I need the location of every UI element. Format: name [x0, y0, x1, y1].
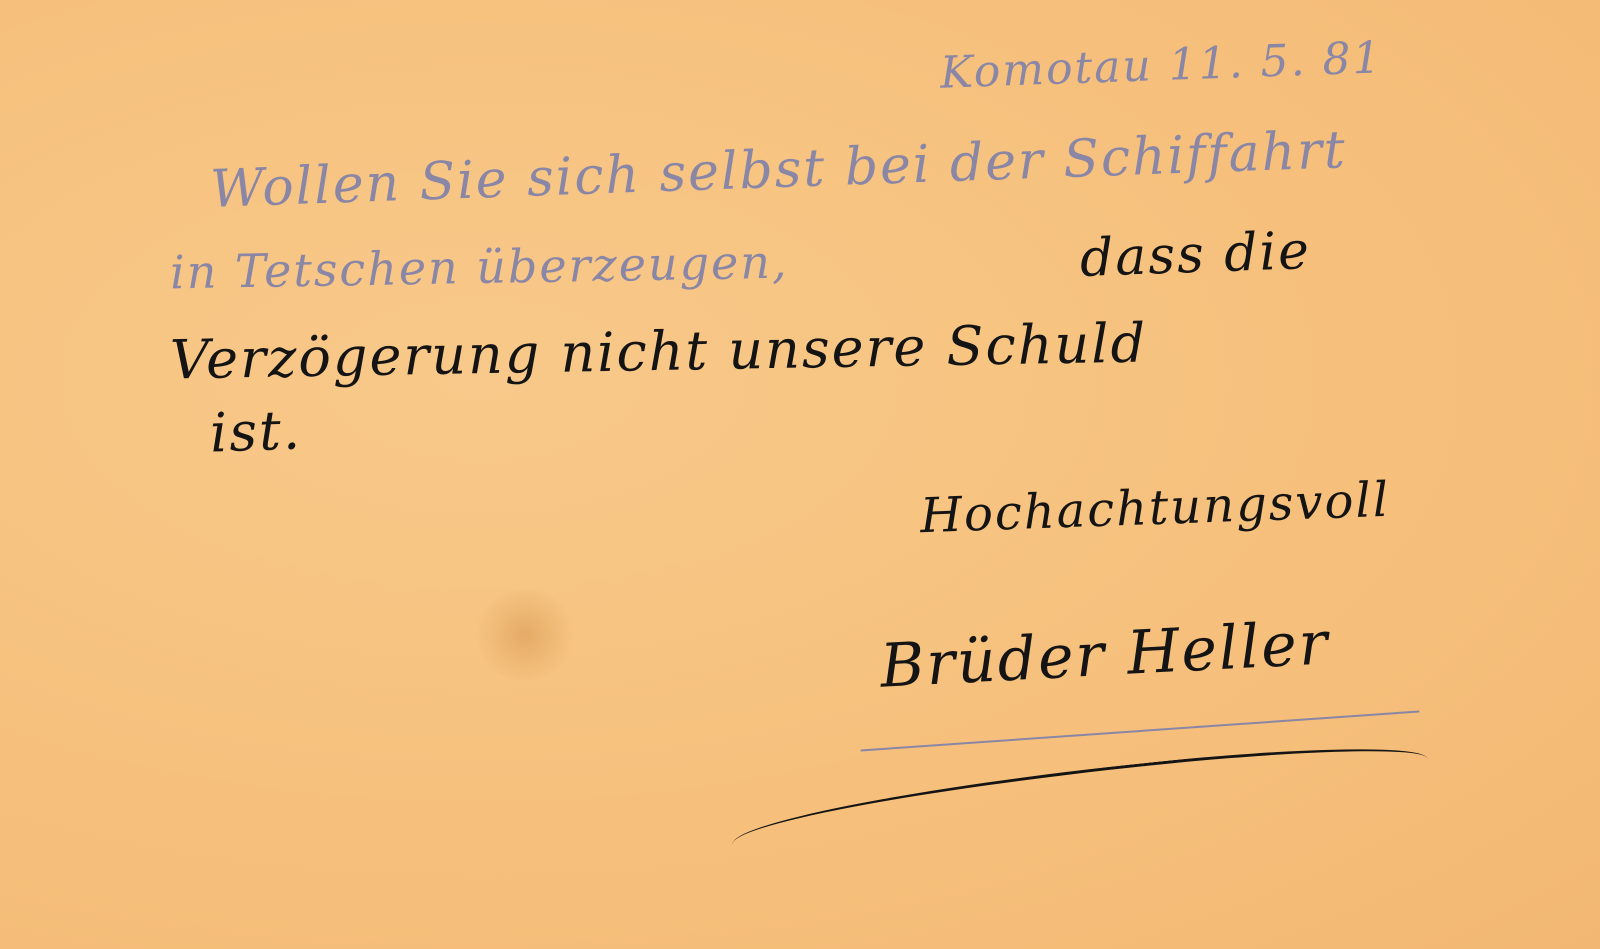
paper-stain: [470, 590, 580, 680]
text-line-2b: dass die: [1079, 221, 1312, 289]
signature-underline: [861, 710, 1420, 751]
text-line-1: Wollen Sie sich selbst bei der Schiffahr…: [209, 120, 1347, 220]
text-line-2: in Tetschen überzeugen,: [170, 235, 789, 300]
text-line-4: ist.: [209, 398, 303, 464]
place-date: Komotau 11. 5. 81: [939, 32, 1383, 98]
signature-flourish: [729, 734, 1432, 870]
postcard: Komotau 11. 5. 81 Wollen Sie sich selbst…: [0, 0, 1600, 949]
text-line-3: Verzögerung nicht unsere Schuld: [170, 311, 1148, 391]
closing: Hochachtungsvoll: [919, 472, 1391, 544]
signature: Brüder Heller: [878, 608, 1331, 701]
